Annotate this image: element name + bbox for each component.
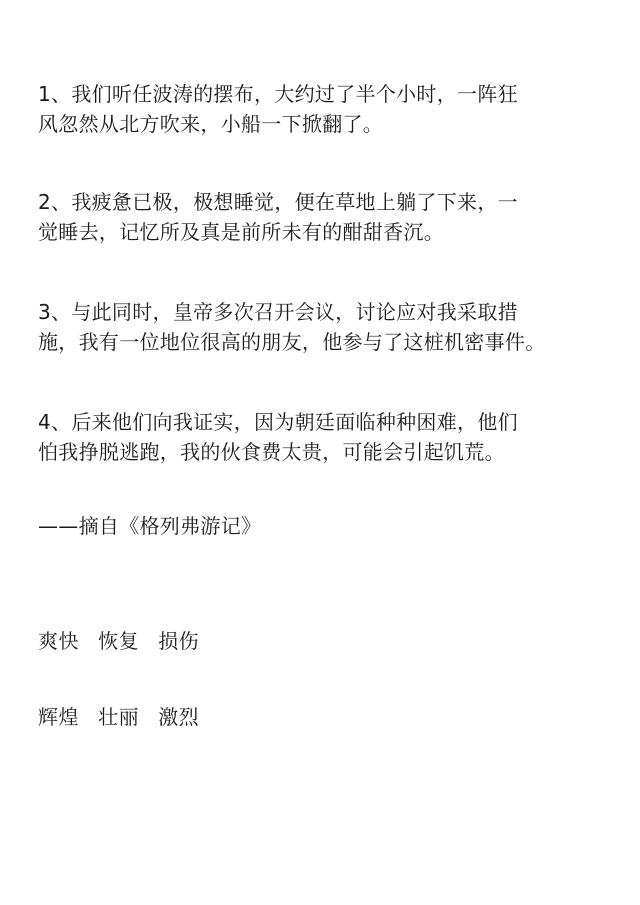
paragraph-2: 2、我疲惫已极，极想睡觉，便在草地上躺了下来，一 觉睡去，记忆所及真是前所未有的… (38, 187, 618, 247)
paragraph-line: 2、我疲惫已极，极想睡觉，便在草地上躺了下来，一 (38, 187, 618, 217)
paragraph-line: 施，我有一位地位很高的朋友，他参与了这桩机密事件。 (38, 327, 618, 357)
document-page: 1、我们听任波涛的摆布，大约过了半个小时，一阵狂 风忽然从北方吹来，小船一下掀翻… (0, 0, 640, 905)
source-attribution: ——摘自《格列弗游记》 (38, 511, 618, 541)
paragraph-line: 4、后来他们向我证实，因为朝廷面临种种困难，他们 (38, 407, 618, 437)
vocab-word: 爽快 (38, 626, 79, 656)
word-group-2: 辉煌 壮丽 激烈 (38, 702, 618, 732)
word-group-1: 爽快 恢复 损伤 (38, 626, 618, 656)
paragraph-4: 4、后来他们向我证实，因为朝廷面临种种困难，他们 怕我挣脱逃跑，我的伙食费太贵，… (38, 407, 618, 467)
paragraph-1: 1、我们听任波涛的摆布，大约过了半个小时，一阵狂 风忽然从北方吹来，小船一下掀翻… (38, 79, 618, 139)
paragraph-line: 怕我挣脱逃跑，我的伙食费太贵，可能会引起饥荒。 (38, 437, 618, 467)
vocab-word: 辉煌 (38, 702, 79, 732)
paragraph-line: 风忽然从北方吹来，小船一下掀翻了。 (38, 109, 618, 139)
vocab-word: 损伤 (158, 626, 199, 656)
vocab-word: 壮丽 (98, 702, 139, 732)
vocab-word: 激烈 (158, 702, 199, 732)
paragraph-3: 3、与此同时，皇帝多次召开会议，讨论应对我采取措 施，我有一位地位很高的朋友，他… (38, 297, 618, 357)
paragraph-line: 1、我们听任波涛的摆布，大约过了半个小时，一阵狂 (38, 79, 618, 109)
paragraph-line: 觉睡去，记忆所及真是前所未有的酣甜香沉。 (38, 217, 618, 247)
source-text: ——摘自《格列弗游记》 (38, 511, 618, 541)
paragraph-line: 3、与此同时，皇帝多次召开会议，讨论应对我采取措 (38, 297, 618, 327)
vocab-word: 恢复 (98, 626, 139, 656)
